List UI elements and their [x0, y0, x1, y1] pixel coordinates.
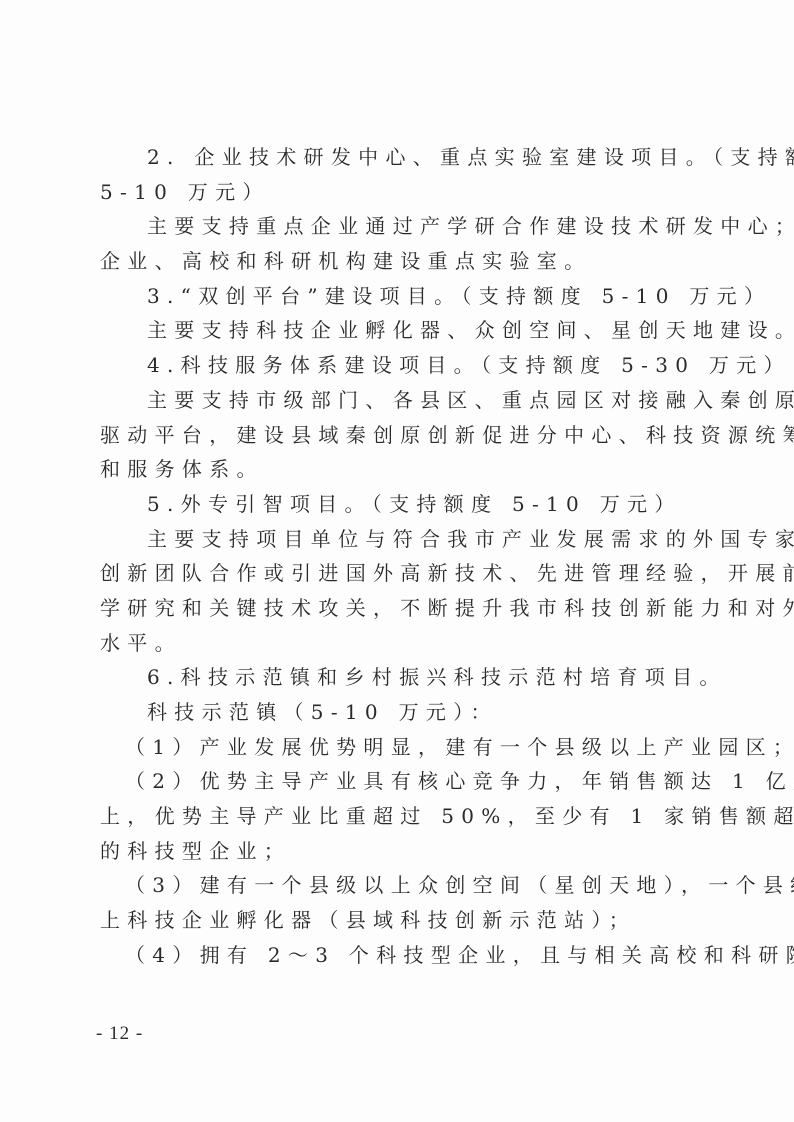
text-line-paragraph: 主要支持项目单位与符合我市产业发展需求的外国专家及 [100, 522, 690, 557]
text-line-paragraph: 水平。 [100, 626, 690, 661]
text-line-heading: 4.科技服务体系建设项目。（支持额度 5-30 万元） [100, 348, 690, 383]
text-line-list-item: （1）产业发展优势明显，建有一个县级以上产业园区； [100, 730, 690, 765]
text-line-paragraph: 企业、高校和科研机构建设重点实验室。 [100, 244, 690, 279]
text-line-subheading: 科技示范镇（5-10 万元）： [100, 695, 690, 730]
text-line-paragraph: 创新团队合作或引进国外高新技术、先进管理经验，开展前沿科 [100, 556, 690, 591]
document-body: 2. 企业技术研发中心、重点实验室建设项目。（支持额度5-10 万元）主要支持重… [100, 140, 690, 973]
text-line-heading: 5-10 万元） [100, 175, 690, 210]
text-line-list-item: 的科技型企业； [100, 834, 690, 869]
text-line-heading: 3.“双创平台”建设项目。（支持额度 5-10 万元） [100, 279, 690, 314]
text-line-list-item: （4）拥有 2～3 个科技型企业，且与相关高校和科研院所建 [100, 938, 690, 973]
text-line-paragraph: 主要支持重点企业通过产学研合作建设技术研发中心；支持 [100, 209, 690, 244]
text-line-paragraph: 学研究和关键技术攻关，不断提升我市科技创新能力和对外开放 [100, 591, 690, 626]
text-line-paragraph: 主要支持科技企业孵化器、众创空间、星创天地建设。 [100, 313, 690, 348]
text-line-list-item: （3）建有一个县级以上众创空间（星创天地），一个县级以 [100, 868, 690, 903]
text-line-paragraph: 驱动平台，建设县域秦创原创新促进分中心、科技资源统筹节点 [100, 418, 690, 453]
text-line-list-item: 上科技企业孵化器（县域科技创新示范站）； [100, 903, 690, 938]
document-page: 2. 企业技术研发中心、重点实验室建设项目。（支持额度5-10 万元）主要支持重… [0, 0, 794, 1122]
page-number: - 12 - [96, 1023, 143, 1045]
text-line-list-item: 上，优势主导产业比重超过 50%，至少有 1 家销售额超 1000 万元 [100, 799, 690, 834]
text-line-paragraph: 主要支持市级部门、各县区、重点园区对接融入秦创原创新 [100, 383, 690, 418]
text-line-list-item: （2）优势主导产业具有核心竞争力，年销售额达 1 亿元以 [100, 764, 690, 799]
text-line-paragraph: 和服务体系。 [100, 452, 690, 487]
text-line-heading: 6.科技示范镇和乡村振兴科技示范村培育项目。 [100, 660, 690, 695]
text-line-heading: 2. 企业技术研发中心、重点实验室建设项目。（支持额度 [100, 140, 690, 175]
text-line-heading: 5.外专引智项目。（支持额度 5-10 万元） [100, 487, 690, 522]
